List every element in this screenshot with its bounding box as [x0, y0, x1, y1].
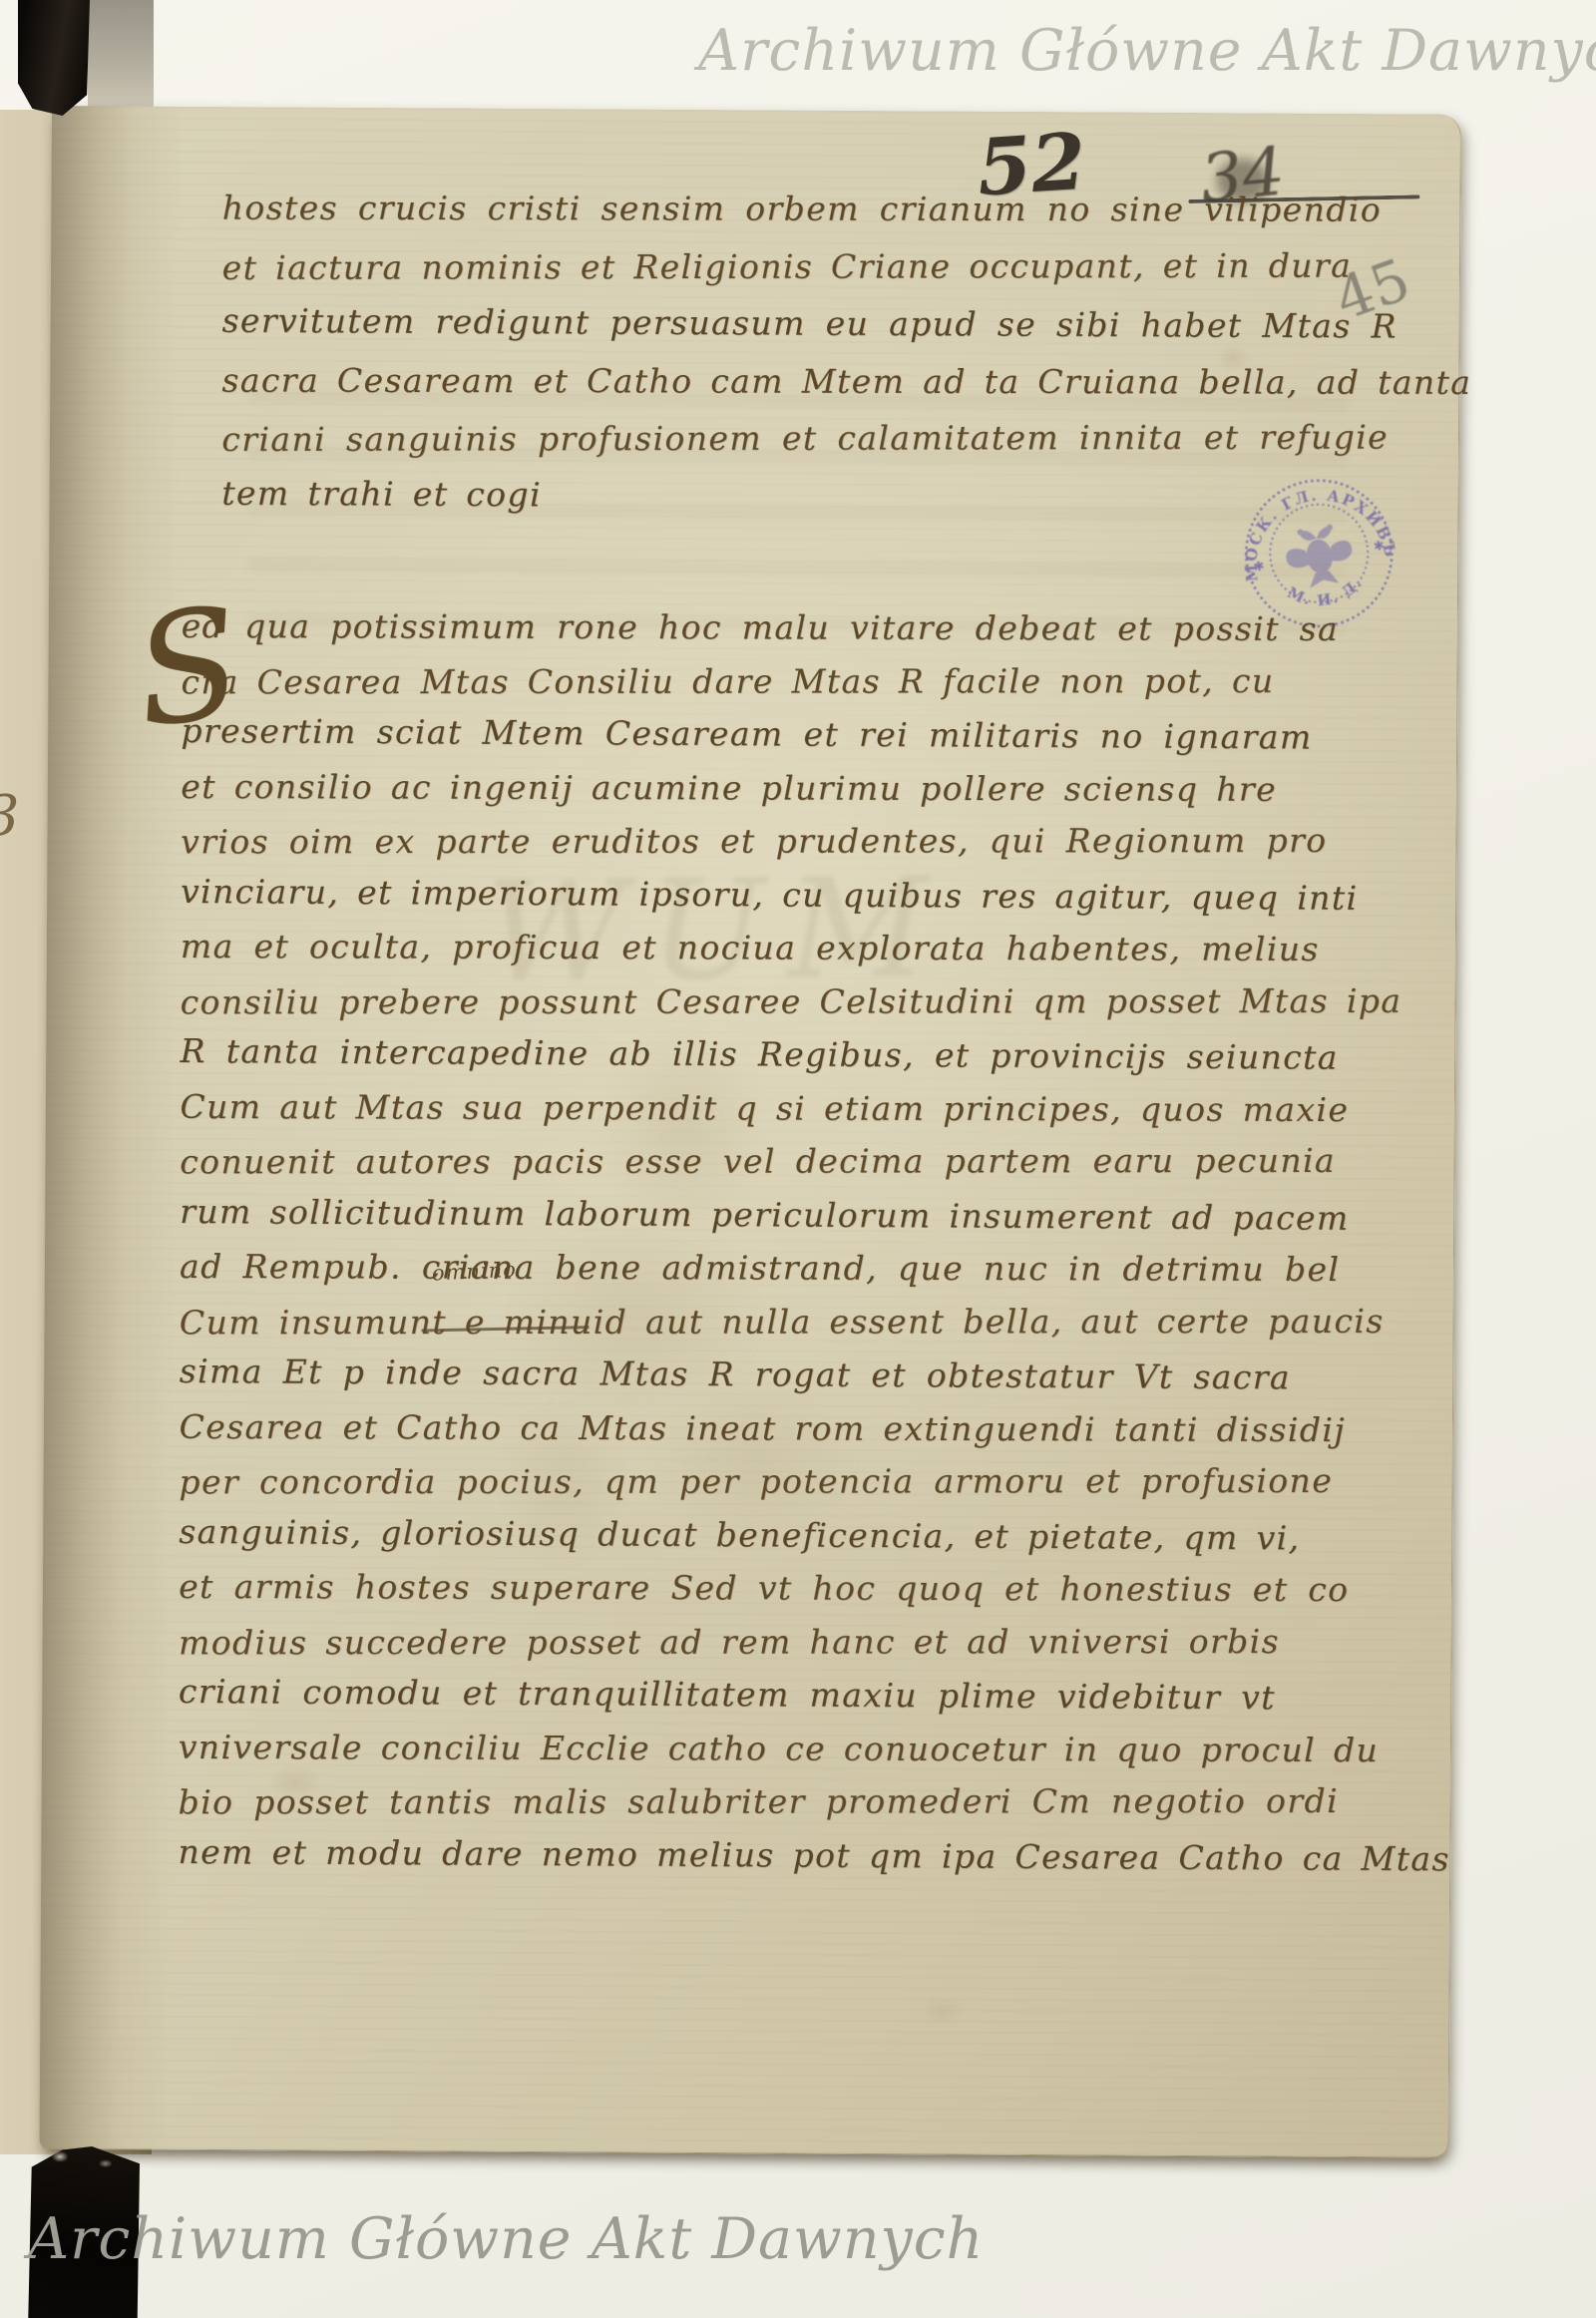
manuscript-line: et iactura nominis et Religionis Criane … — [222, 236, 1419, 296]
manuscript-line: per concordia pocius, qm per potencia ar… — [179, 1454, 1415, 1509]
manuscript-line: consiliu prebere possunt Cesaree Celsitu… — [181, 973, 1417, 1028]
manuscript-paragraph-2: ed qua potissimum rone hoc malu vitare d… — [178, 599, 1417, 1883]
manuscript-line: et armis hostes superare Sed vt hoc quoq… — [179, 1560, 1415, 1617]
interlinear-insertion: omnino — [431, 1258, 517, 1286]
manuscript-line: Cesarea et Catho ca Mtas ineat rom extin… — [180, 1399, 1416, 1456]
manuscript-line: ma et oculta, proficua et nociua explora… — [181, 920, 1417, 976]
stamp-star-left: ✱ — [1253, 559, 1266, 576]
archive-watermark-top: Archiwum Główne Akt Dawnych — [698, 18, 1596, 84]
manuscript-line: ad Rempub. criana bene admistrand, que n… — [180, 1240, 1416, 1297]
manuscript-line: conuenit autores pacis esse vel decima p… — [180, 1134, 1416, 1189]
gutter-top-shadow — [88, 0, 154, 112]
manuscript-line: hostes crucis cristi sensim orbem crianu… — [222, 180, 1419, 239]
manuscript-line: vniversale conciliu Ecclie catho ce conu… — [179, 1720, 1415, 1776]
manuscript-line: criani sanguinis profusionem et calamita… — [221, 408, 1418, 468]
manuscript-line: vinciaru, et imperiorum ipsoru, cu quibu… — [181, 865, 1417, 926]
manuscript-line: nem et modu dare nemo melius pot qm ipa … — [178, 1825, 1414, 1886]
manuscript-line: ed qua potissimum rone hoc malu vitare d… — [182, 599, 1418, 656]
manuscript-line: cra Cesarea Mtas Consiliu dare Mtas R fa… — [181, 653, 1417, 708]
manuscript-line: tem trahi et cogi — [221, 464, 1418, 527]
archive-scan: { "watermark": { "top_text": "Archiwum G… — [0, 0, 1596, 2318]
manuscript-paragraph-1: hostes crucis cristi sensim orbem crianu… — [221, 180, 1419, 526]
manuscript-line: sima Et p inde sacra Mtas R rogat et obt… — [180, 1345, 1416, 1405]
manuscript-line: et consilio ac ingenij acumine plurimu p… — [181, 759, 1417, 816]
archive-watermark-bottom: Archiwum Główne Akt Dawnych — [28, 2206, 984, 2272]
manuscript-line: presertim sciat Mtem Cesaream et rei mil… — [181, 704, 1417, 765]
manuscript-page: WUM 52 34 45 МОСК. ГЛ. АРХИВЪ М. И. Д. ✱… — [39, 106, 1460, 2158]
manuscript-line: criani comodu et tranquillitatem maxiu p… — [179, 1665, 1415, 1726]
manuscript-line: R tanta intercapedine ab illis Regibus, … — [180, 1024, 1416, 1085]
manuscript-line: bio posset tantis malis salubriter prome… — [179, 1774, 1415, 1829]
manuscript-line: sacra Cesaream et Catho cam Mtem ad ta C… — [221, 351, 1418, 411]
manuscript-line: servitutem redigunt persuasum eu apud se… — [221, 292, 1418, 355]
manuscript-line: Cum insumunt e minuid aut nulla essent b… — [180, 1294, 1416, 1349]
manuscript-line: vrios oim ex parte eruditos et prudentes… — [181, 814, 1417, 869]
gutter-shadow — [39, 106, 182, 2149]
manuscript-line: Cum aut Mtas sua perpendit q si etiam pr… — [180, 1079, 1416, 1136]
binding-tape-top — [18, 0, 90, 116]
margin-ink-mark: 3 — [0, 784, 20, 849]
manuscript-line: rum sollicitudinum laborum periculorum i… — [180, 1185, 1416, 1246]
stamp-eagle-emblem — [1282, 522, 1358, 591]
manuscript-line: modius succedere posset ad rem hanc et a… — [179, 1614, 1415, 1669]
manuscript-line: sanguinis, gloriosiusq ducat beneficenci… — [179, 1505, 1415, 1566]
